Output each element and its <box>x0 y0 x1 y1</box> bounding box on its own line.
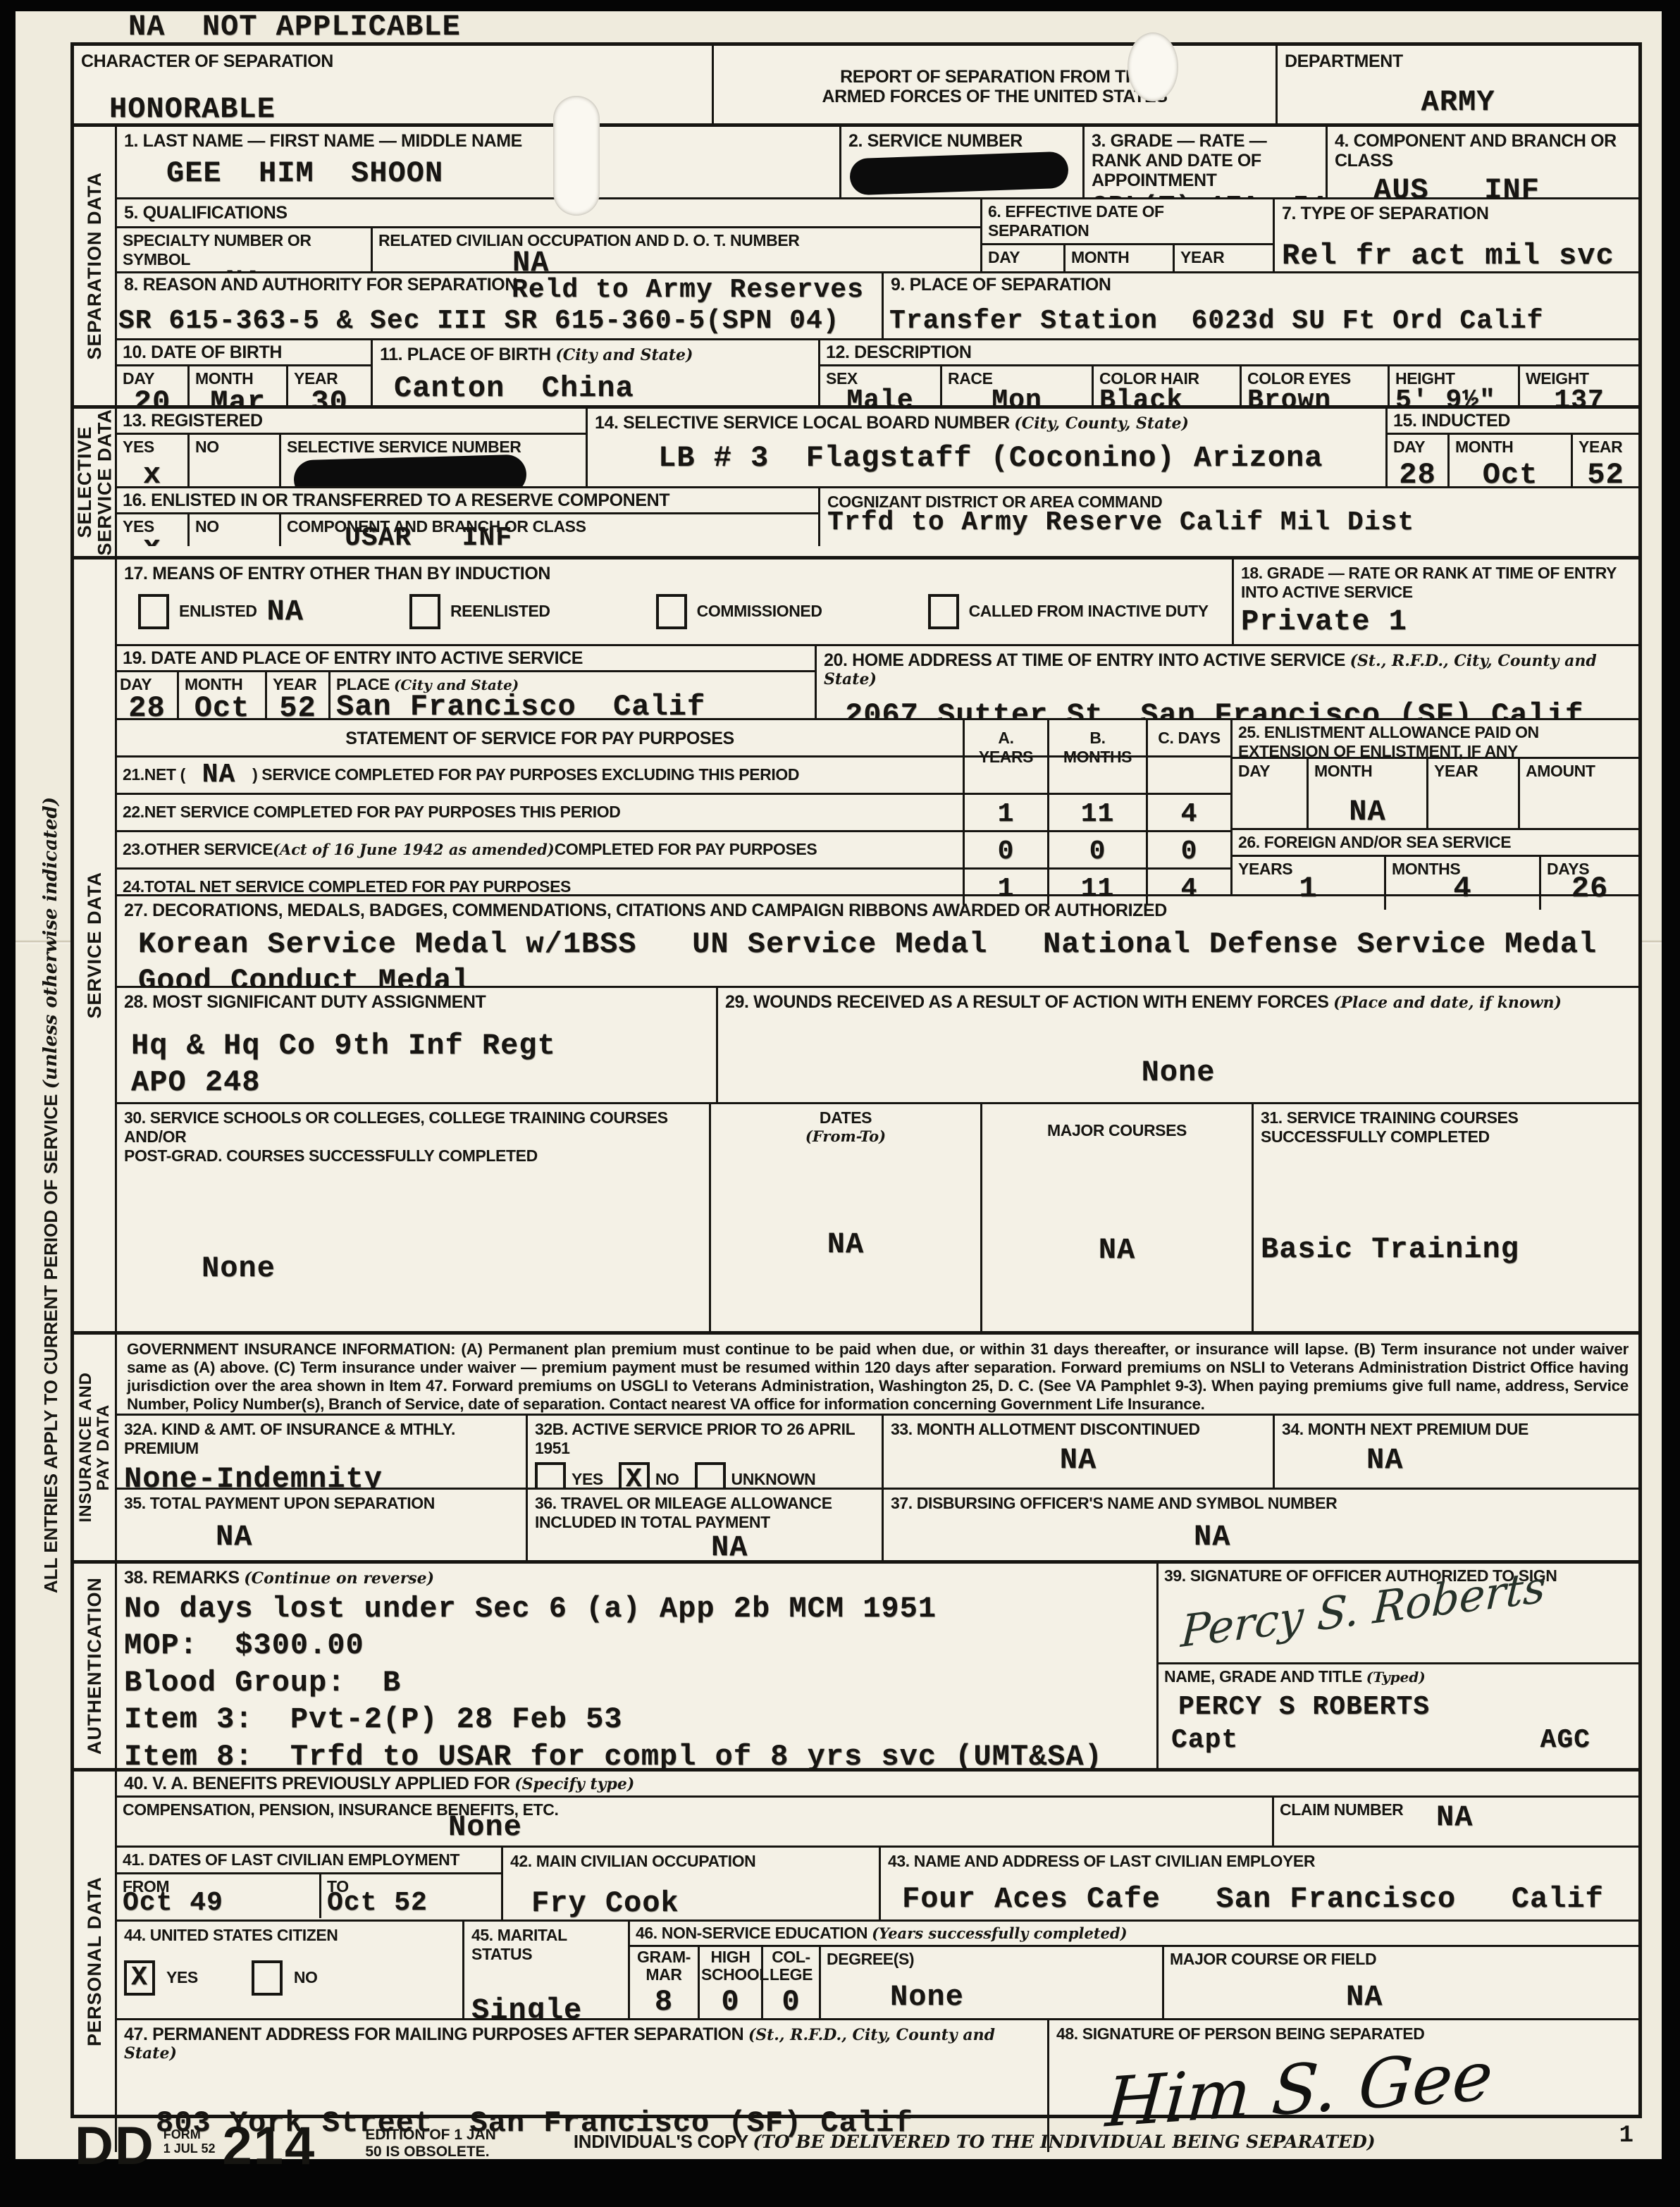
box33-value: NA <box>891 1442 1266 1479</box>
box4-label: 4. COMPONENT AND BRANCH OR CLASS <box>1335 131 1631 171</box>
box38-line1: No days lost under Sec 6 (a) App 2b MCM … <box>124 1590 1149 1628</box>
margin-note-text: ALL ENTRIES APPLY TO CURRENT PERIOD OF S… <box>40 1089 61 1593</box>
top-note: NA NOT APPLICABLE <box>128 8 461 46</box>
row22-months: 11 <box>1081 799 1115 829</box>
row23-label-pre: OTHER SERVICE <box>144 840 273 859</box>
dd-mark: DD <box>75 2122 155 2170</box>
officer-name-typed: PERCY S ROBERTS <box>1178 1690 1633 1724</box>
box38-line5: Item 8: Trfd to USAR for compl of 8 yrs … <box>124 1738 1149 1768</box>
row23-label-post: COMPLETED FOR PAY PURPOSES <box>555 840 817 859</box>
prior-service-unknown-label: UNKNOWN <box>731 1470 816 1488</box>
copy-label: INDIVIDUAL'S COPY <box>574 2131 753 2152</box>
box26-years-label: YEARS <box>1238 860 1292 878</box>
box27-label: 27. DECORATIONS, MEDALS, BADGES, COMMEND… <box>124 901 1631 920</box>
box45-value: Single <box>471 1992 621 2018</box>
section-personal-label: PERSONAL DATA <box>85 1877 104 2046</box>
box13-label: 13. REGISTERED <box>117 409 586 433</box>
row23-months: 0 <box>1089 836 1106 867</box>
high-school-label: HIGH SCHOOL <box>701 1948 769 1984</box>
section-separation-label: SEPARATION DATA <box>85 172 104 360</box>
box15-year-label: YEAR <box>1579 438 1622 456</box>
box15-month: Oct <box>1455 457 1565 486</box>
box36-value: NA <box>711 1529 875 1560</box>
edition-line2: 50 IS OBSOLETE. <box>365 2144 489 2160</box>
box11-value: Canton China <box>394 370 811 405</box>
box41-label: 41. DATES OF LAST CIVILIAN EMPLOYMENT <box>117 1848 501 1872</box>
box20-label: 20. HOME ADDRESS AT TIME OF ENTRY INTO A… <box>824 650 1350 670</box>
box16-label: 16. ENLISTED IN OR TRANSFERRED TO A RESE… <box>117 488 818 512</box>
box6-month: Oct <box>1071 267 1167 271</box>
box20-value: 2067 Sutter St San Francisco (SF) Calif <box>845 697 1631 718</box>
box19-label: 19. DATE AND PLACE OF ENTRY INTO ACTIVE … <box>117 646 815 670</box>
dd214-scanned-form: NA NOT APPLICABLE ALL ENTRIES APPLY TO C… <box>0 0 1680 2207</box>
box6-year-label: YEAR <box>1180 248 1224 266</box>
box25-value: NA <box>1314 793 1421 831</box>
row23-num: 23. <box>123 840 144 859</box>
box15-day: 28 <box>1393 457 1442 486</box>
box38-label: 38. REMARKS <box>124 1568 244 1588</box>
box38-label-italic: (Continue on reverse) <box>244 1569 434 1588</box>
form-number: 214 <box>223 2122 316 2170</box>
box15-month-label: MONTH <box>1455 438 1513 456</box>
box31-value: Basic Training <box>1261 1231 1631 1268</box>
box6-label: 6. EFFECTIVE DATE OF SEPARATION <box>982 199 1273 243</box>
form-date: 1 JUL 52 <box>163 2141 216 2156</box>
form-body: CHARACTER OF SEPARATION HONORABLE REPORT… <box>70 42 1642 2118</box>
box25-year-label: YEAR <box>1434 762 1478 780</box>
box27-value1: Korean Service Medal w/1BSS UN Service M… <box>138 926 1631 963</box>
box32b-label: 32B. ACTIVE SERVICE PRIOR TO 26 APRIL 19… <box>535 1420 875 1458</box>
box15-year: 52 <box>1579 457 1633 486</box>
character-of-separation-label: CHARACTER OF SEPARATION <box>81 51 705 71</box>
row21-label-post: ) SERVICE COMPLETED FOR PAY PURPOSES EXC… <box>252 765 799 784</box>
box5-label: 5. QUALIFICATIONS <box>117 199 980 226</box>
box29-label-italic: (Place and date, if known) <box>1333 994 1562 1012</box>
prior-service-yes-label: YES <box>572 1470 603 1488</box>
box41-to: Oct 52 <box>327 1886 495 1919</box>
box6-year: 54 <box>1180 267 1267 271</box>
box38-line3: Blood Group: B <box>124 1664 1149 1702</box>
grammar-label: GRAM- MAR <box>637 1948 691 1984</box>
prior-service-no-label: NO <box>655 1470 679 1488</box>
box43-value: Four Aces Cafe San Francisco Calif <box>902 1881 1631 1918</box>
claim-number-value: NA <box>1436 1799 1473 1836</box>
citizen-no-checkbox <box>252 1960 283 1996</box>
edition-line1: EDITION OF 1 JAN <box>365 2127 496 2143</box>
row22-days: 4 <box>1181 799 1198 829</box>
section-insurance-label: INSURANCE AND PAY DATA <box>77 1372 112 1522</box>
box10-label: 10. DATE OF BIRTH <box>117 340 371 364</box>
box43-label: 43. NAME AND ADDRESS OF LAST CIVILIAN EM… <box>888 1852 1631 1871</box>
box2-label: 2. SERVICE NUMBER <box>848 131 1075 151</box>
row22-years: 1 <box>998 799 1015 829</box>
section-personal-data: PERSONAL DATA 40. V. A. BENEFITS PREVIOU… <box>74 1768 1638 2152</box>
reenlisted-label: REENLISTED <box>450 602 550 621</box>
row22-num: 22. <box>123 803 144 822</box>
box28-value2: APO 248 <box>131 1064 709 1101</box>
box1-label: 1. LAST NAME — FIRST NAME — MIDDLE NAME <box>124 131 832 151</box>
box12-eyes: Brown <box>1247 384 1382 405</box>
called-inactive-checkbox <box>928 594 959 629</box>
box48-label: 48. SIGNATURE OF PERSON BEING SEPARATED <box>1056 2024 1631 2044</box>
box11-label: 11. PLACE OF BIRTH <box>380 345 555 364</box>
box16-no-label: NO <box>195 517 219 536</box>
prior-service-unknown-checkbox <box>695 1462 726 1488</box>
enlisted-na-note: NA <box>267 593 304 631</box>
college-years: 0 <box>765 1984 817 2018</box>
box37-label: 37. DISBURSING OFFICER'S NAME AND SYMBOL… <box>891 1494 1631 1513</box>
box8-label: 8. REASON AND AUTHORITY FOR SEPARATION <box>124 275 517 295</box>
row23-label-italic: (Act of 16 June 1942 as amended) <box>273 841 555 858</box>
box30-courses-value: NA <box>989 1232 1244 1269</box>
box41-from: Oct 49 <box>123 1886 314 1919</box>
box19-year: 52 <box>273 690 323 718</box>
box12-race-label: RACE <box>948 369 993 388</box>
prior-service-no-checkbox: X <box>619 1462 650 1488</box>
officer-grade: Capt <box>1171 1724 1238 1757</box>
box34-value: NA <box>1366 1442 1631 1479</box>
pay-title: STATEMENT OF SERVICE FOR PAY PURPOSES <box>345 729 734 748</box>
box39-name-label-italic: (Typed) <box>1366 1669 1426 1686</box>
form-title-line2: ARMED FORCES OF THE UNITED STATES <box>721 87 1268 106</box>
row21-num: 21. <box>123 765 144 784</box>
box40-label: 40. V. A. BENEFITS PREVIOUSLY APPLIED FO… <box>124 1774 514 1793</box>
row24-label: TOTAL NET SERVICE COMPLETED FOR PAY PURP… <box>144 877 571 896</box>
copy-label-italic: (TO BE DELIVERED TO THE INDIVIDUAL BEING… <box>753 2132 1375 2152</box>
section-selective-label: SELECTIVE SERVICE DATA <box>75 409 115 556</box>
box8-value1: Reld to Army Reserves <box>512 273 864 307</box>
box1-value: GEE HIM SHOON <box>166 155 832 192</box>
box6-month-label: MONTH <box>1071 248 1129 266</box>
citizen-yes-label: YES <box>166 1968 198 1987</box>
box30-label2: POST-GRAD. COURSES SUCCESSFULLY COMPLETE… <box>124 1146 702 1166</box>
box3-label: 3. GRADE — RATE — RANK AND DATE OF APPOI… <box>1092 131 1318 190</box>
box13-yes-label: YES <box>123 438 154 456</box>
box6-day-label: DAY <box>988 248 1020 266</box>
box17-label: 17. MEANS OF ENTRY OTHER THAN BY INDUCTI… <box>124 564 1225 583</box>
row23-years: 0 <box>998 836 1015 867</box>
box18-label: 18. GRADE — RATE OR RANK AT TIME OF ENTR… <box>1241 564 1631 602</box>
box19-place: San Francisco Calif <box>336 688 809 718</box>
box29-label: 29. WOUNDS RECEIVED AS A RESULT OF ACTIO… <box>725 992 1333 1012</box>
box35-value: NA <box>216 1519 519 1556</box>
department-label: DEPARTMENT <box>1285 51 1631 71</box>
box8-value2: SR 615-363-5 & Sec III SR 615-360-5(SPN … <box>118 304 840 338</box>
section-authentication: AUTHENTICATION 38. REMARKS (Continue on … <box>74 1560 1638 1768</box>
paper: NA NOT APPLICABLE ALL ENTRIES APPLY TO C… <box>16 11 1662 2159</box>
enlisted-label: ENLISTED <box>179 602 257 621</box>
commissioned-checkbox <box>656 594 687 629</box>
box46-label: 46. NON-SERVICE EDUCATION <box>636 1924 872 1942</box>
box47-label: 47. PERMANENT ADDRESS FOR MAILING PURPOS… <box>124 2024 748 2044</box>
section-selective-service: SELECTIVE SERVICE DATA 13. REGISTERED YE… <box>74 405 1638 556</box>
box3-value: CPL(T) 17Aug54 <box>1092 190 1318 197</box>
box16-component-value: USAR INF <box>345 521 512 546</box>
box25-day-label: DAY <box>1238 762 1270 780</box>
box12-hair: Black <box>1099 384 1234 405</box>
box9-label: 9. PLACE OF SEPARATION <box>891 275 1631 295</box>
box13-yes-mark: x <box>123 457 182 486</box>
selective-service-number-redaction <box>293 455 526 486</box>
grammar-years: 8 <box>631 1984 696 2018</box>
punch-hole <box>1128 32 1178 101</box>
section-service-label: SERVICE DATA <box>85 872 104 1019</box>
box44-label: 44. UNITED STATES CITIZEN <box>124 1926 455 1945</box>
department-value: ARMY <box>1285 84 1631 121</box>
enlisted-checkbox <box>138 594 169 629</box>
box4-value: AUS INF <box>1373 172 1631 197</box>
box37-value: NA <box>1194 1519 1631 1556</box>
college-label: COL- LEGE <box>770 1948 813 1984</box>
box34-label: 34. MONTH NEXT PREMIUM DUE <box>1282 1420 1631 1439</box>
section-authentication-label: AUTHENTICATION <box>85 1577 104 1755</box>
box19-month: Oct <box>185 690 259 718</box>
box13-no-label: NO <box>195 438 219 456</box>
page-number: 1 <box>1619 2122 1633 2149</box>
box28-label: 28. MOST SIGNIFICANT DUTY ASSIGNMENT <box>124 992 709 1012</box>
called-inactive-label: CALLED FROM INACTIVE DUTY <box>969 602 1209 621</box>
box46-label-italic: (Years successfully completed) <box>872 1924 1127 1942</box>
insurance-information-note: GOVERNMENT INSURANCE INFORMATION: (A) Pe… <box>127 1340 1629 1414</box>
major-course-label: MAJOR COURSE OR FIELD <box>1170 1950 1376 1968</box>
box29-value: None <box>725 1054 1631 1092</box>
claim-number-label: CLAIM NUMBER <box>1280 1800 1403 1819</box>
box39-name-label: NAME, GRADE AND TITLE <box>1164 1667 1366 1686</box>
box31-label: 31. SERVICE TRAINING COURSES SUCCESSFULL… <box>1261 1108 1631 1146</box>
box30-label1: 30. SERVICE SCHOOLS OR COLLEGES, COLLEGE… <box>124 1108 702 1146</box>
box38-line2: MOP: $300.00 <box>124 1627 1149 1664</box>
reenlisted-checkbox <box>409 594 440 629</box>
box45-label: 45. MARITAL STATUS <box>471 1926 621 1964</box>
commissioned-label: COMMISSIONED <box>697 602 822 621</box>
degrees-label: DEGREE(S) <box>827 1950 914 1968</box>
character-of-separation-value: HONORABLE <box>109 91 705 123</box>
prior-service-no-mark: X <box>626 1463 643 1488</box>
form-header: CHARACTER OF SEPARATION HONORABLE REPORT… <box>74 46 1638 123</box>
box7-value: Rel fr act mil svc <box>1282 237 1631 271</box>
citizen-yes-mark: X <box>131 1961 148 1995</box>
section-service-data: SERVICE DATA 17. MEANS OF ENTRY OTHER TH… <box>74 556 1638 1331</box>
margin-note: ALL ENTRIES APPLY TO CURRENT PERIOD OF S… <box>34 631 68 1759</box>
box18-value: Private 1 <box>1241 603 1631 641</box>
box42-value: Fry Cook <box>531 1885 872 1919</box>
box25-amount-label: AMOUNT <box>1526 762 1595 780</box>
box38-line4: Item 3: Pvt-2(P) 28 Feb 53 <box>124 1701 1149 1738</box>
box30-courses-label: MAJOR COURSES <box>989 1121 1244 1140</box>
box7-label: 7. TYPE OF SEPARATION <box>1282 204 1631 223</box>
row21-label-pre: NET ( <box>144 765 185 784</box>
box6-day: 1 <box>988 267 1058 271</box>
box13-ssn-label: SELECTIVE SERVICE NUMBER <box>287 438 521 456</box>
box32a-label: 32A. KIND & AMT. OF INSURANCE & MTHLY. P… <box>124 1420 519 1458</box>
row22-label: NET SERVICE COMPLETED FOR PAY PURPOSES T… <box>144 803 621 822</box>
box12-label: 12. DESCRIPTION <box>820 340 1638 364</box>
major-course-value: NA <box>1346 1979 1633 2016</box>
box19-day: 28 <box>120 690 174 718</box>
box25-month-label: MONTH <box>1314 762 1372 780</box>
form-footer: DD FORM1 JUL 52 214 EDITION OF 1 JAN50 I… <box>75 2122 1646 2170</box>
pay-table: STATEMENT OF SERVICE FOR PAY PURPOSES A.… <box>117 718 1638 894</box>
box14-label-italic: (City, County, State) <box>1014 414 1189 433</box>
box33-label: 33. MONTH ALLOTMENT DISCONTINUED <box>891 1420 1266 1439</box>
high-school-years: 0 <box>701 1984 760 2018</box>
box15-label: 15. INDUCTED <box>1388 409 1638 433</box>
box14-label: 14. SELECTIVE SERVICE LOCAL BOARD NUMBER <box>595 413 1014 433</box>
box12-height: 5' 9½" <box>1395 384 1512 405</box>
box27-value2: Good Conduct Medal <box>138 963 1631 986</box>
row21-na: NA <box>185 758 252 792</box>
box35-label: 35. TOTAL PAYMENT UPON SEPARATION <box>124 1494 519 1513</box>
margin-note-italic: (unless otherwise indicated) <box>40 797 61 1089</box>
section-separation-data: SEPARATION DATA 1. LAST NAME — FIRST NAM… <box>74 123 1638 405</box>
form-title-line1: REPORT OF SEPARATION FROM THE <box>721 67 1268 87</box>
box42-label: 42. MAIN CIVILIAN OCCUPATION <box>510 1852 872 1871</box>
pay-col-days: C. DAYS <box>1158 729 1220 747</box>
box9-value: Transfer Station 6023d SU Ft Ord Calif <box>889 304 1543 338</box>
box16-cognizant-value: Trfd to Army Reserve Calif Mil Dist <box>827 506 1631 540</box>
box26-label: 26. FOREIGN AND/OR SEA SERVICE <box>1238 833 1511 851</box>
box25-label: 25. ENLISTMENT ALLOWANCE PAID ON EXTENSI… <box>1238 723 1539 760</box>
service-number-redaction <box>849 152 1069 196</box>
box36-label: 36. TRAVEL OR MILEAGE ALLOWANCE INCLUDED… <box>535 1494 875 1532</box>
form-word: FORM <box>163 2127 201 2141</box>
punch-hole <box>553 96 600 216</box>
prior-service-yes-checkbox <box>535 1462 566 1488</box>
citizen-no-label: NO <box>294 1968 318 1987</box>
box28-value1: Hq & Hq Co 9th Inf Regt <box>131 1027 709 1065</box>
citizen-yes-checkbox: X <box>124 1960 155 1996</box>
section-insurance-pay: INSURANCE AND PAY DATA GOVERNMENT INSURA… <box>74 1331 1638 1560</box>
row23-days: 0 <box>1181 836 1198 867</box>
box11-label-italic: (City and State) <box>555 346 693 364</box>
box26-months-label: MONTHS <box>1392 860 1460 878</box>
officer-title: AGC <box>1540 1724 1591 1757</box>
box40-value: None <box>448 1809 522 1846</box>
box32a-value: None-Indemnity <box>124 1461 519 1488</box>
box30-value: None <box>202 1250 702 1287</box>
box30-dates-italic: (From-To) <box>718 1127 973 1145</box>
box30-dates-value: NA <box>718 1226 973 1263</box>
degrees-value: None <box>890 1979 1156 2016</box>
row24-num: 24. <box>123 877 144 896</box>
box30-dates-label: DATES <box>718 1108 973 1127</box>
box14-value: LB # 3 Flagstaff (Coconino) Arizona <box>658 440 1378 477</box>
box40-label-italic: (Specify type) <box>514 1775 634 1793</box>
box15-day-label: DAY <box>1393 438 1425 456</box>
